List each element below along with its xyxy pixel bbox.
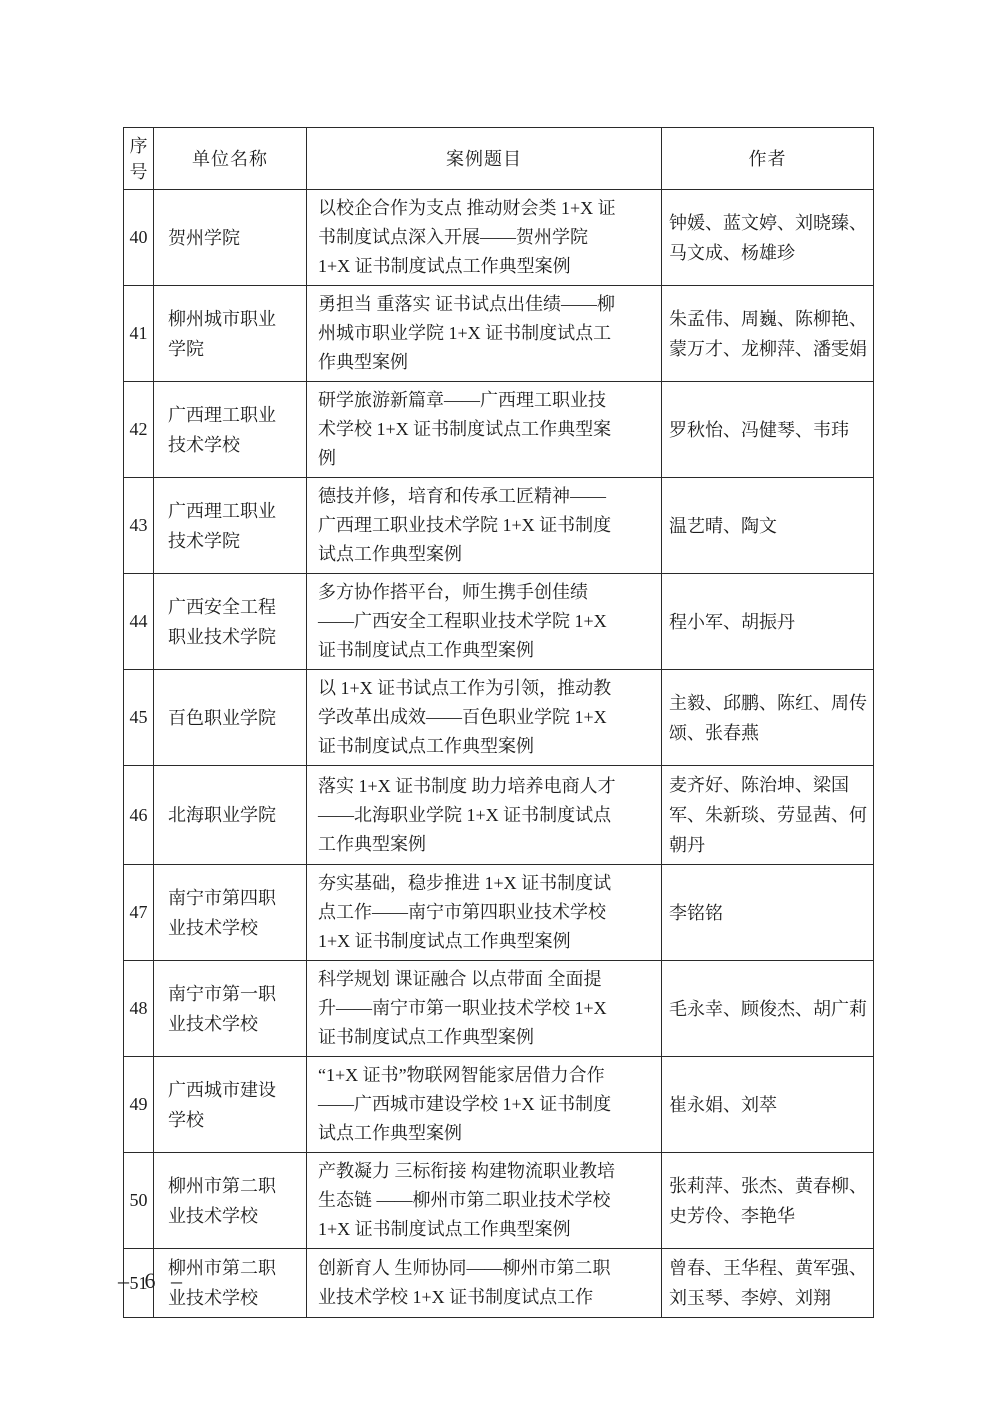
- table-row: 40 贺州学院 以校企合作为支点 推动财会类 1+X 证书制度试点深入开展——贺…: [124, 190, 874, 286]
- row-authors: 钟媛、蓝文婷、刘晓臻、马文成、杨雄珍: [662, 190, 874, 286]
- row-unit-name: 广西理工职业技术学校: [154, 382, 307, 478]
- row-case-title: 以 1+X 证书试点工作为引领，推动教学改革出成效——百色职业学院 1+X 证书…: [307, 670, 662, 766]
- header-case-title: 案例题目: [307, 128, 662, 190]
- row-serial-number: 40: [124, 190, 154, 286]
- row-serial-number: 50: [124, 1153, 154, 1249]
- row-unit-name: 柳州市第二职业技术学校: [154, 1153, 307, 1249]
- row-serial-number: 46: [124, 766, 154, 865]
- table-row: 42 广西理工职业技术学校 研学旅游新篇章——广西理工职业技术学校 1+X 证书…: [124, 382, 874, 478]
- row-unit-name: 南宁市第四职业技术学校: [154, 865, 307, 961]
- row-unit-name: 广西理工职业技术学院: [154, 478, 307, 574]
- table-row: 51 柳州市第二职业技术学校 创新育人 生师协同——柳州市第二职业技术学校 1+…: [124, 1249, 874, 1318]
- row-unit-name: 贺州学院: [154, 190, 307, 286]
- row-serial-number: 44: [124, 574, 154, 670]
- row-case-title: 以校企合作为支点 推动财会类 1+X 证书制度试点深入开展——贺州学院 1+X …: [307, 190, 662, 286]
- row-unit-name: 百色职业学院: [154, 670, 307, 766]
- row-unit-name: 北海职业学院: [154, 766, 307, 865]
- row-case-title: 夯实基础，稳步推进 1+X 证书制度试点工作——南宁市第四职业技术学校 1+X …: [307, 865, 662, 961]
- table-row: 50 柳州市第二职业技术学校 产教凝力 三标衔接 构建物流职业教培生态链 ——柳…: [124, 1153, 874, 1249]
- table-row: 43 广西理工职业技术学院 德技并修，培育和传承工匠精神——广西理工职业技术学院…: [124, 478, 874, 574]
- row-serial-number: 41: [124, 286, 154, 382]
- row-case-title: 落实 1+X 证书制度 助力培养电商人才——北海职业学院 1+X 证书制度试点工…: [307, 766, 662, 865]
- table-row: 45 百色职业学院 以 1+X 证书试点工作为引领，推动教学改革出成效——百色职…: [124, 670, 874, 766]
- table-row: 49 广西城市建设学校 “1+X 证书”物联网智能家居借力合作——广西城市建设学…: [124, 1057, 874, 1153]
- row-serial-number: 49: [124, 1057, 154, 1153]
- table-row: 41 柳州城市职业学院 勇担当 重落实 证书试点出佳绩——柳州城市职业学院 1+…: [124, 286, 874, 382]
- row-case-title: 产教凝力 三标衔接 构建物流职业教培生态链 ——柳州市第二职业技术学校 1+X …: [307, 1153, 662, 1249]
- row-case-title: 多方协作搭平台，师生携手创佳绩——广西安全工程职业技术学院 1+X 证书制度试点…: [307, 574, 662, 670]
- row-case-title: 创新育人 生师协同——柳州市第二职业技术学校 1+X 证书制度试点工作: [307, 1249, 662, 1318]
- page-number: – 6 –: [118, 1268, 182, 1294]
- header-author: 作者: [662, 128, 874, 190]
- row-authors: 曾春、王华程、黄军强、刘玉琴、李婷、刘翔: [662, 1249, 874, 1318]
- row-authors: 罗秋怡、冯健琴、韦玮: [662, 382, 874, 478]
- row-case-title: 科学规划 课证融合 以点带面 全面提升——南宁市第一职业技术学校 1+X 证书制…: [307, 961, 662, 1057]
- row-authors: 主毅、邱鹏、陈红、周传颂、张春燕: [662, 670, 874, 766]
- row-serial-number: 47: [124, 865, 154, 961]
- header-serial-number: 序号: [124, 128, 154, 190]
- row-unit-name: 广西城市建设学校: [154, 1057, 307, 1153]
- row-serial-number: 43: [124, 478, 154, 574]
- table-header: 序号 单位名称 案例题目 作者: [124, 128, 874, 190]
- row-case-title: 勇担当 重落实 证书试点出佳绩——柳州城市职业学院 1+X 证书制度试点工作典型…: [307, 286, 662, 382]
- row-serial-number: 42: [124, 382, 154, 478]
- row-authors: 程小军、胡振丹: [662, 574, 874, 670]
- row-serial-number: 45: [124, 670, 154, 766]
- row-case-title: 德技并修，培育和传承工匠精神——广西理工职业技术学院 1+X 证书制度试点工作典…: [307, 478, 662, 574]
- table-row: 46 北海职业学院 落实 1+X 证书制度 助力培养电商人才——北海职业学院 1…: [124, 766, 874, 865]
- row-authors: 麦齐好、陈治坤、梁国军、朱新琰、劳显茜、何朝丹: [662, 766, 874, 865]
- row-authors: 李铭铭: [662, 865, 874, 961]
- row-serial-number: 48: [124, 961, 154, 1057]
- table-body: 40 贺州学院 以校企合作为支点 推动财会类 1+X 证书制度试点深入开展——贺…: [124, 190, 874, 1318]
- row-authors: 朱孟伟、周巍、陈柳艳、蒙万才、龙柳萍、潘雯娟: [662, 286, 874, 382]
- row-unit-name: 广西安全工程职业技术学院: [154, 574, 307, 670]
- row-authors: 温艺晴、陶文: [662, 478, 874, 574]
- row-case-title: “1+X 证书”物联网智能家居借力合作——广西城市建设学校 1+X 证书制度试点…: [307, 1057, 662, 1153]
- cases-table: 序号 单位名称 案例题目 作者 40 贺州学院 以校企合作为支点 推动财会类 1…: [123, 127, 874, 1318]
- row-unit-name: 柳州城市职业学院: [154, 286, 307, 382]
- table-row: 47 南宁市第四职业技术学校 夯实基础，稳步推进 1+X 证书制度试点工作——南…: [124, 865, 874, 961]
- row-authors: 崔永娟、刘萃: [662, 1057, 874, 1153]
- table-row: 48 南宁市第一职业技术学校 科学规划 课证融合 以点带面 全面提升——南宁市第…: [124, 961, 874, 1057]
- row-case-title: 研学旅游新篇章——广西理工职业技术学校 1+X 证书制度试点工作典型案例: [307, 382, 662, 478]
- row-authors: 毛永幸、顾俊杰、胡广莉: [662, 961, 874, 1057]
- row-unit-name: 南宁市第一职业技术学校: [154, 961, 307, 1057]
- header-unit-name: 单位名称: [154, 128, 307, 190]
- row-authors: 张莉萍、张杰、黄春柳、史芳伶、李艳华: [662, 1153, 874, 1249]
- table-row: 44 广西安全工程职业技术学院 多方协作搭平台，师生携手创佳绩——广西安全工程职…: [124, 574, 874, 670]
- document-page: 序号 单位名称 案例题目 作者 40 贺州学院 以校企合作为支点 推动财会类 1…: [0, 0, 1000, 1414]
